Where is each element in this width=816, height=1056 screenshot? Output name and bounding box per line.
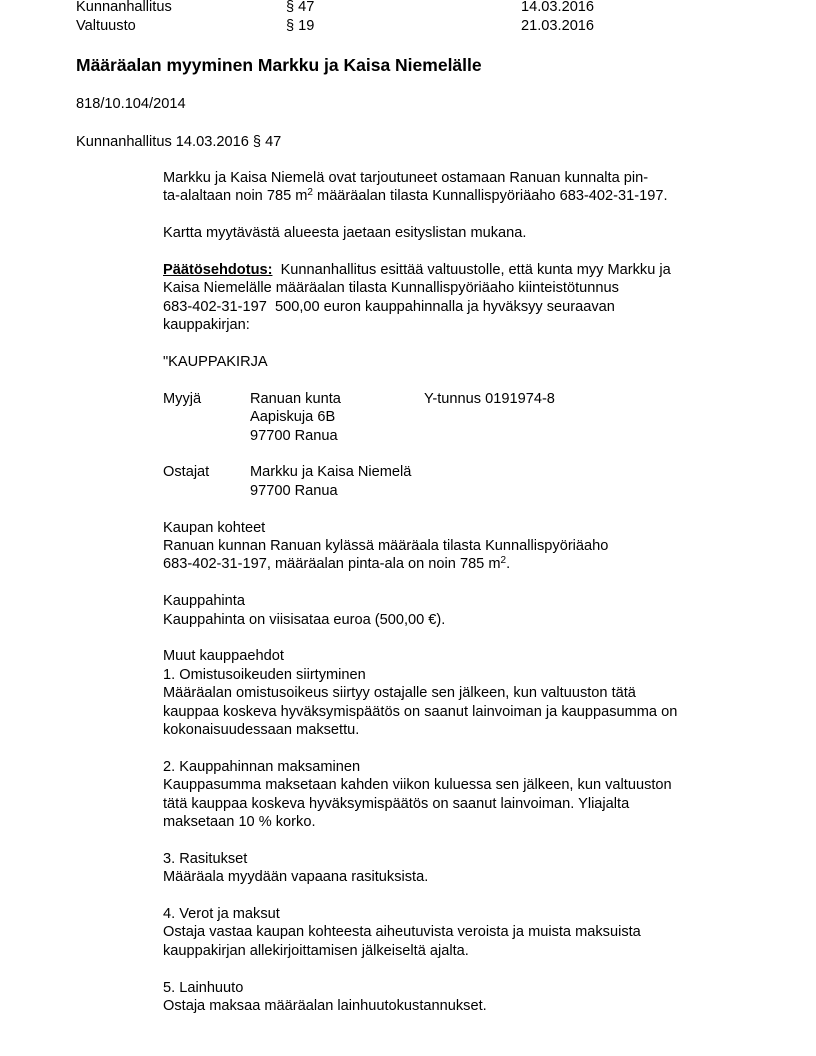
term-line: kauppaa koskeva hyväksymispäätös on saan… — [163, 703, 743, 721]
meeting-reference: Kunnanhallitus 14.03.2016 § 47 — [76, 133, 281, 151]
price-heading: Kauppahinta — [163, 592, 743, 610]
term-heading: 5. Lainhuuto — [163, 979, 743, 997]
object-heading: Kaupan kohteet — [163, 519, 743, 537]
term-line: Ostaja maksaa määräalan lainhuutokustann… — [163, 997, 743, 1015]
price-text: Kauppahinta on viisisataa euroa (500,00 … — [163, 611, 743, 629]
buyers-line: Markku ja Kaisa Niemelä — [250, 463, 550, 481]
term-heading: 4. Verot ja maksut — [163, 905, 743, 923]
proposal-line: 683-402-31-197 500,00 euron kauppahinnal… — [163, 298, 743, 316]
term-line: kokonaisuudessaan maksettu. — [163, 721, 743, 739]
proposal-line: kauppakirjan: — [163, 316, 743, 334]
intro-line: Markku ja Kaisa Niemelä ovat tarjoutunee… — [163, 169, 743, 187]
seller-label: Myyjä — [163, 390, 250, 445]
map-note: Kartta myytävästä alueesta jaetaan esity… — [163, 224, 743, 242]
meeting-body: Kunnanhallitus — [76, 0, 172, 16]
page-title: Määräalan myyminen Markku ja Kaisa Nieme… — [76, 56, 482, 74]
term-heading: 1. Omistusoikeuden siirtyminen — [163, 666, 743, 684]
seller-line: Ranuan kunta — [250, 390, 424, 408]
meeting-section: § 19 — [286, 17, 314, 35]
meeting-section: § 47 — [286, 0, 314, 16]
seller-line: Aapiskuja 6B — [250, 408, 424, 426]
buyers-line: 97700 Ranua — [250, 482, 550, 500]
object-line: 683-402-31-197, määräalan pinta-ala on n… — [163, 555, 743, 573]
buyers-label: Ostajat — [163, 463, 250, 500]
meeting-date: 21.03.2016 — [521, 17, 594, 35]
term-heading: 3. Rasitukset — [163, 850, 743, 868]
object-line: Ranuan kunnan Ranuan kylässä määräala ti… — [163, 537, 743, 555]
proposal-line: Päätösehdotus: Kunnanhallitus esittää va… — [163, 261, 743, 279]
term-line: Määräalan omistusoikeus siirtyy ostajall… — [163, 684, 743, 702]
seller-line: 97700 Ranua — [250, 427, 424, 445]
buyers-block: Ostajat Markku ja Kaisa Niemelä 97700 Ra… — [163, 463, 743, 500]
term-line: maksetaan 10 % korko. — [163, 813, 743, 831]
seller-block: Myyjä Ranuan kunta Aapiskuja 6B 97700 Ra… — [163, 390, 743, 445]
record-number: 818/10.104/2014 — [76, 95, 186, 113]
meeting-date: 14.03.2016 — [521, 0, 594, 16]
contract-heading: "KAUPPAKIRJA — [163, 353, 743, 371]
proposal-label: Päätösehdotus: — [163, 262, 272, 278]
document-body: Markku ja Kaisa Niemelä ovat tarjoutunee… — [163, 169, 743, 1016]
proposal-line: Kaisa Niemelälle määräalan tilasta Kunna… — [163, 279, 743, 297]
term-heading: 2. Kauppahinnan maksaminen — [163, 758, 743, 776]
term-line: Ostaja vastaa kaupan kohteesta aiheutuvi… — [163, 923, 743, 941]
term-line: kauppakirjan allekirjoittamisen jälkeise… — [163, 942, 743, 960]
other-terms-heading: Muut kauppaehdot — [163, 647, 743, 665]
seller-id: Y-tunnus 0191974-8 — [424, 390, 555, 445]
terms-list: 1. Omistusoikeuden siirtyminenMääräalan … — [163, 666, 743, 1016]
intro-line: ta-alaltaan noin 785 m2 määräalan tilast… — [163, 187, 743, 205]
term-line: tätä kauppaa koskeva hyväksymispäätös on… — [163, 795, 743, 813]
term-line: Kauppasumma maksetaan kahden viikon kulu… — [163, 776, 743, 794]
term-line: Määräala myydään vapaana rasituksista. — [163, 868, 743, 886]
meeting-body: Valtuusto — [76, 17, 136, 35]
